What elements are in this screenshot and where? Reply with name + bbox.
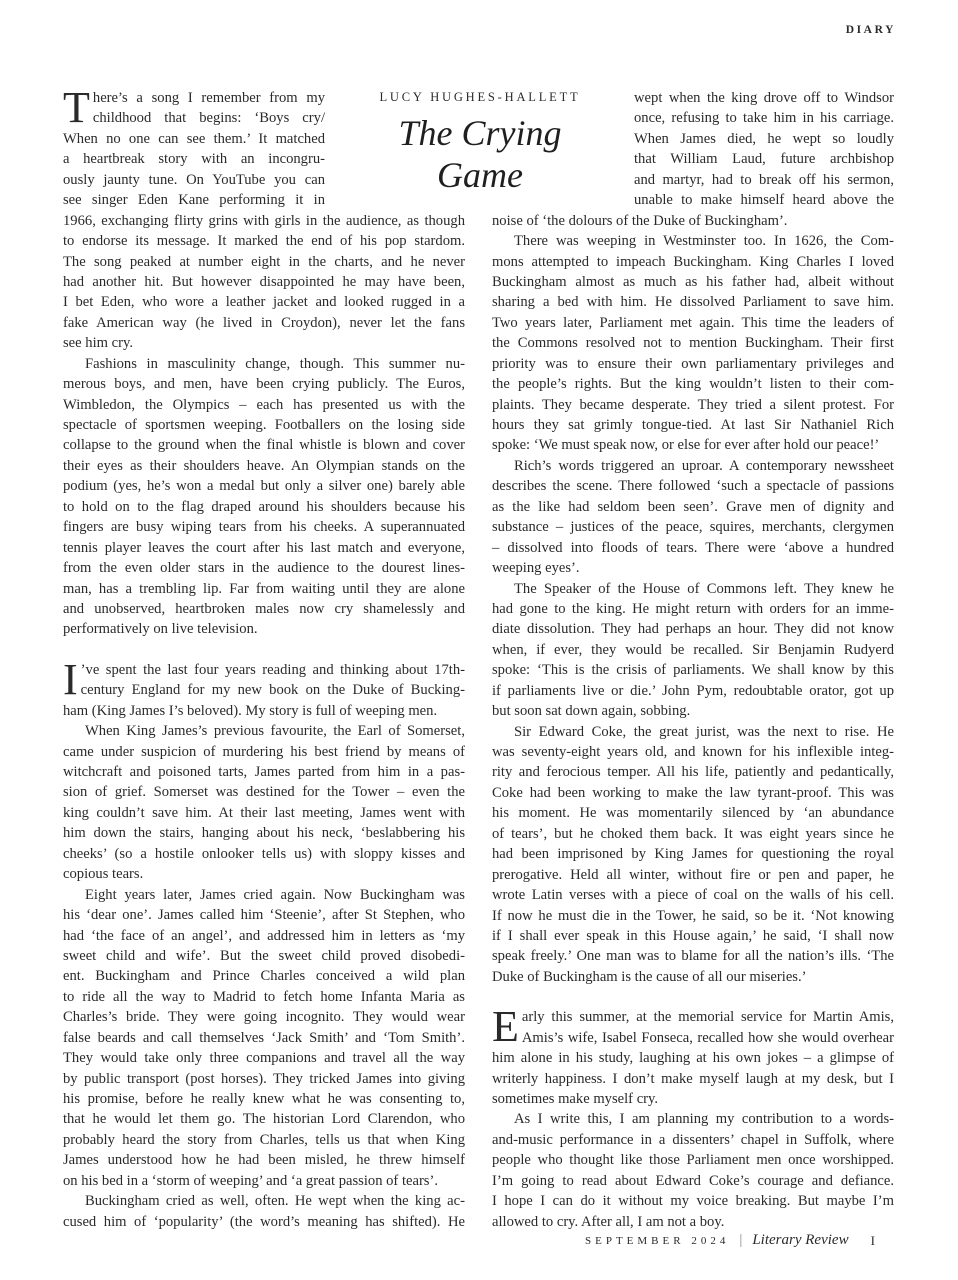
text-line: weeping eyes’. [492, 558, 894, 578]
text-line: Wimbledon, the Olympics – each has prese… [63, 395, 465, 415]
text-line: him alone in his study, laughing at his … [492, 1048, 894, 1068]
text-line: Buckingham almost as much as his father … [492, 272, 894, 292]
text-line: 1966, exchanging flirty grins with girls… [63, 211, 465, 231]
text-line: century England for my new book on the D… [63, 680, 465, 700]
text-line: man, has a trembling lip. Far from waiti… [63, 579, 465, 599]
text-line: mons attempted to impeach Buckingham. Ki… [492, 252, 894, 272]
text-line: their eyes as their shoulders heave. An … [63, 456, 465, 476]
text-line: spoke: ‘We must speak now, or else for e… [492, 435, 894, 455]
section-label: DIARY [846, 24, 896, 36]
paragraph-2: Fashions in masculinity change, though. … [63, 354, 465, 640]
text-line: childhood that begins: ‘Boys cry/ [63, 108, 325, 128]
text-line: but soon sat down again, sobbing. [492, 701, 894, 721]
text-line: fingers are busy wiping tears from his c… [63, 517, 465, 537]
text-line: Buckingham cried as well, often. He wept… [63, 1191, 465, 1211]
text-line: arly this summer, at the memorial servic… [492, 1007, 894, 1027]
text-line: I bet Eden, who wore a leather jacket an… [63, 292, 465, 312]
text-line: a heartbreak story with an incongru- [63, 149, 325, 169]
text-line: Rich’s words triggered an uproar. A cont… [492, 456, 894, 476]
paragraph-3: I ’ve spent the last four years reading … [63, 660, 465, 721]
text-line: had another hit. But however disappointe… [63, 272, 465, 292]
text-line: that William Laud, future archbishop [634, 149, 894, 169]
paragraph-1: T here’s a song I remember from mychildh… [63, 88, 465, 354]
text-line: false beards and call themselves ‘Jack S… [63, 1028, 465, 1048]
text-line: by public transport (post horses). They … [63, 1069, 465, 1089]
text-line: had ‘the face of an angel’, and addresse… [63, 926, 465, 946]
text-line: They would take only three companions an… [63, 1048, 465, 1068]
text-line: when, if ever, they would be recalled. S… [492, 640, 894, 660]
text-line: if parliaments live or die.’ John Pym, r… [492, 681, 894, 701]
text-line: to endorse its message. It marked the en… [63, 231, 465, 251]
text-line: was seventy-eight years old, and known f… [492, 742, 894, 762]
text-line: spectacle of sportsmen weeping. Football… [63, 415, 465, 435]
text-line: sharing a bed with him. He dissolved Par… [492, 292, 894, 312]
paragraph-r6: E arly this summer, at the memorial serv… [492, 1007, 894, 1109]
paragraph-r2: There was weeping in Westminster too. In… [492, 231, 894, 456]
text-line: from the even older stars in the audienc… [63, 558, 465, 578]
paragraph-4: When King James’s previous favourite, th… [63, 721, 465, 885]
text-line: the Commons resolved not to mention Buck… [492, 333, 894, 353]
text-line: to hold on to the flag draped around his… [63, 497, 465, 517]
text-line: Eight years later, James cried again. No… [63, 885, 465, 905]
paragraph-r1: wept when the king drove off to Windsoro… [492, 88, 894, 231]
text-line: hours they sat grimly tongue-tied. At la… [492, 415, 894, 435]
drop-cap: T [63, 90, 90, 126]
text-line: his moment. He was momentarily silenced … [492, 803, 894, 823]
text-line: The song peaked at number eight in the c… [63, 252, 465, 272]
text-line: and martyr, had to break off his sermon, [634, 170, 894, 190]
left-column: T here’s a song I remember from mychildh… [63, 88, 465, 1232]
text-line: sometimes make myself cry. [492, 1089, 894, 1109]
drop-cap: E [492, 1009, 519, 1045]
paragraph-5: Eight years later, James cried again. No… [63, 885, 465, 1192]
text-line: Amis’s wife, Isabel Fonseca, recalled ho… [492, 1028, 894, 1048]
text-line: There was weeping in Westminster too. In… [492, 231, 894, 251]
text-line: performatively on live television. [63, 619, 465, 639]
text-line: ham (King James I’s beloved). My story i… [63, 701, 465, 721]
text-line: cheeks’ (so a hostile onlooker tells us)… [63, 844, 465, 864]
page-number: I [871, 1233, 875, 1249]
text-line: writerly happiness. I don’t make myself … [492, 1069, 894, 1089]
text-line: as the like had seldom been seen’. Grave… [492, 497, 894, 517]
text-line: probably heard the story from Charles, t… [63, 1130, 465, 1150]
text-line: ously jaunty tune. On YouTube you can [63, 170, 325, 190]
paragraph-r7: As I write this, I am planning my contri… [492, 1109, 894, 1232]
text-line: ’ve spent the last four years reading an… [63, 660, 465, 680]
text-line: had gone to the king. He might return wi… [492, 599, 894, 619]
text-line: once, refusing to take him in his carria… [634, 108, 894, 128]
issue-date: SEPTEMBER 2024 [585, 1235, 729, 1247]
magazine-name: Literary Review [752, 1232, 848, 1249]
text-line: The Speaker of the House of Commons left… [492, 579, 894, 599]
text-line: people who thought like those Parliament… [492, 1150, 894, 1170]
text-line: merous boys, and men, have been crying p… [63, 374, 465, 394]
text-line: Duke of Buckingham is the cause of all o… [492, 967, 894, 987]
text-line: wept when the king drove off to Windsor [634, 88, 894, 108]
text-line: allowed to cry. After all, I am not a bo… [492, 1212, 894, 1232]
text-line: of tears’, but he choked them back. It w… [492, 824, 894, 844]
text-line: When King James’s previous favourite, th… [63, 721, 465, 741]
text-line: Coke had been working to make the law ty… [492, 783, 894, 803]
text-line: noise of ‘the dolours of the Duke of Buc… [492, 211, 894, 231]
text-line: fake American way (he lived in Croydon),… [63, 313, 465, 333]
text-line: – dissolved into floods of tears. There … [492, 538, 894, 558]
text-line: if I shall ever speak in this House agai… [492, 926, 894, 946]
text-line: his ‘dear one’. James called him ‘Steeni… [63, 905, 465, 925]
paragraph-r4: The Speaker of the House of Commons left… [492, 579, 894, 722]
text-line: podium (yes, he’s won a medal but only a… [63, 476, 465, 496]
text-line: had been imprisoned by King James for qu… [492, 844, 894, 864]
text-line: tennis player leaves the court after his… [63, 538, 465, 558]
text-line: collapse to the ground when the final wh… [63, 435, 465, 455]
text-line: wrote Latin verses with a piece of coal … [492, 885, 894, 905]
text-line: I hope I can do it without my voice brea… [492, 1191, 894, 1211]
text-line: Charles’s bride. They were going incogni… [63, 1007, 465, 1027]
text-line: sion of grief. Somerset was destined for… [63, 782, 465, 802]
text-line: the people’s rights. But the king wouldn… [492, 374, 894, 394]
text-line: plaints. They became desperate. They tri… [492, 395, 894, 415]
text-line: cused him of ‘popularity’ (the word’s me… [63, 1212, 465, 1232]
text-line: king couldn’t save him. At their last me… [63, 803, 465, 823]
paragraph-r5: Sir Edward Coke, the great jurist, was t… [492, 722, 894, 988]
text-line: rity and ferocious temper. All his life,… [492, 762, 894, 782]
text-line: that he would let them go. The historian… [63, 1109, 465, 1129]
text-line: substance – justices of the peace, squir… [492, 517, 894, 537]
text-line: on his bed in a ‘storm of weeping’ and ‘… [63, 1171, 465, 1191]
text-line: him down the stairs, hanging about his n… [63, 823, 465, 843]
text-line: When James died, he wept so loudly [634, 129, 894, 149]
text-line: Fashions in masculinity change, though. … [63, 354, 465, 374]
text-line: describes the scene. There followed ‘suc… [492, 476, 894, 496]
text-line: sweet child and wife’. But the sweet chi… [63, 946, 465, 966]
footer-separator: | [739, 1232, 742, 1249]
drop-cap: I [63, 662, 78, 698]
text-line: If now he must die in the Tower, he said… [492, 906, 894, 926]
text-line: see singer Eden Kane performing it in [63, 190, 325, 210]
text-line: unable to make himself heard above the [634, 190, 894, 210]
text-line: diate dissolution. They had perhaps an h… [492, 619, 894, 639]
text-line: speak freely.’ One man was to blame for … [492, 946, 894, 966]
text-line: see him cry. [63, 333, 465, 353]
text-line: to ride all the way to Madrid to fetch h… [63, 987, 465, 1007]
text-line: Two years later, Parliament met again. T… [492, 313, 894, 333]
text-line: here’s a song I remember from my [63, 88, 325, 108]
page-footer: SEPTEMBER 2024 | Literary Review I [585, 1232, 875, 1249]
text-line: I’m going to read about Edward Coke’s co… [492, 1171, 894, 1191]
text-line: copious tears. [63, 864, 465, 884]
paragraph-6: Buckingham cried as well, often. He wept… [63, 1191, 465, 1232]
text-line: and unobserved, heartbroken males now cr… [63, 599, 465, 619]
text-line: ent. Buckingham and Prince Charles conce… [63, 966, 465, 986]
text-line: Sir Edward Coke, the great jurist, was t… [492, 722, 894, 742]
text-line: and-music performance in a dissenters’ c… [492, 1130, 894, 1150]
paragraph-r3: Rich’s words triggered an uproar. A cont… [492, 456, 894, 579]
text-line: his promise, before he really knew what … [63, 1089, 465, 1109]
text-line: James understood how he had been misled,… [63, 1150, 465, 1170]
text-line: prerogative. Held all winter, without fi… [492, 865, 894, 885]
text-line: witchcraft and poisoned tarts, James par… [63, 762, 465, 782]
text-line: spoke: ‘This is the crisis of parliament… [492, 660, 894, 680]
text-line: came under suspicion of murdering his be… [63, 742, 465, 762]
text-line: priority was to ensure their own parliam… [492, 354, 894, 374]
text-line: As I write this, I am planning my contri… [492, 1109, 894, 1129]
text-line: When no one can see them.’ It matched [63, 129, 325, 149]
right-column: wept when the king drove off to Windsoro… [492, 88, 894, 1232]
